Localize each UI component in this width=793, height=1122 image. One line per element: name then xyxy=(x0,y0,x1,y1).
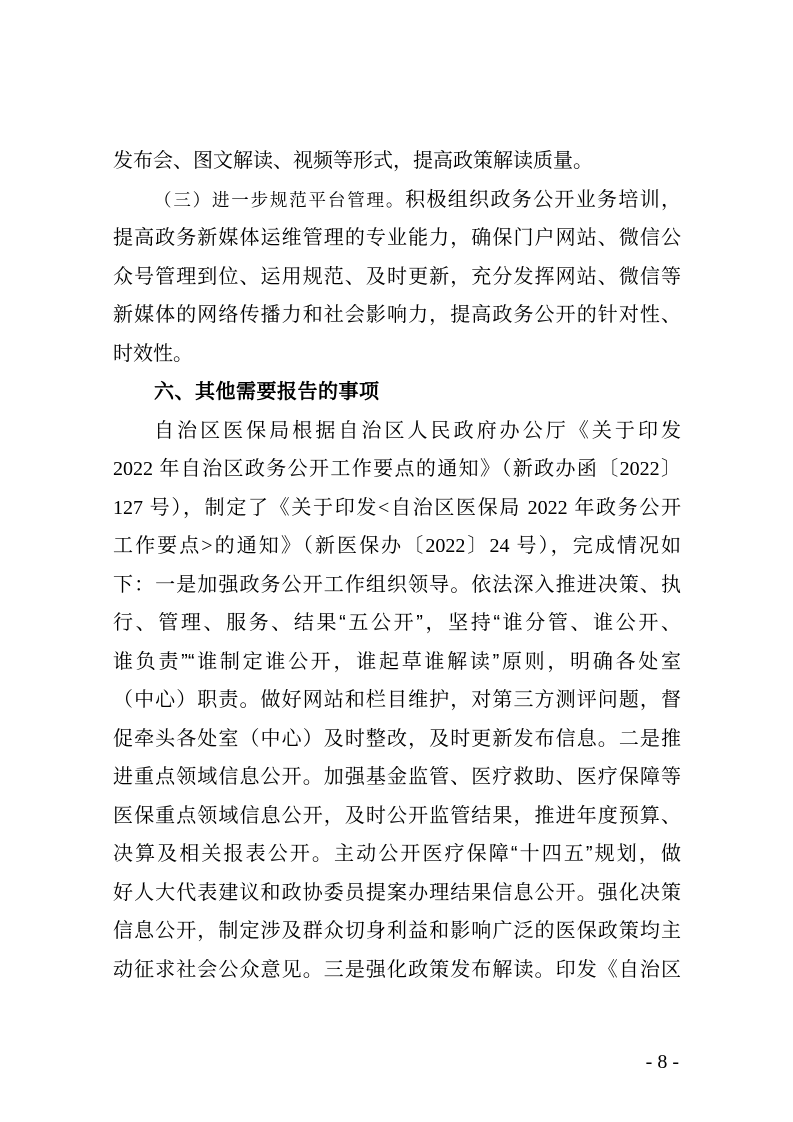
text-line: 进重点领域信息公开。加强基金监管、医疗救助、医疗保障等 xyxy=(113,758,681,797)
body-text: 积极组织政务公开业务培训， xyxy=(405,189,681,211)
text-line: 提高政务新媒体运维管理的专业能力，确保门户网站、微信公 xyxy=(113,219,681,258)
text-line: 时效性。 xyxy=(113,335,681,374)
latin-text: < xyxy=(378,497,389,519)
latin-text: 2022 xyxy=(425,535,465,557)
body-text: 新媒体的网络传播力和社会影响力，提高政务公开的针对性、 xyxy=(113,304,681,326)
body-text: 127 号），制定了《关于印发<自治区医保局 2022 年政务公开 xyxy=(113,497,681,519)
text-line: 2022 年自治区政务公开工作要点的通知》（新政办函〔2022〕 xyxy=(113,450,681,489)
body-text: 提高政务新媒体运维管理的专业能力，确保门户网站、微信公 xyxy=(113,227,681,249)
body-text: 决算及相关报表公开。主动公开医疗保障“十四五”规划，做 xyxy=(113,843,681,865)
body-text: 发布会、图文解读、视频等形式，提高政策解读质量。 xyxy=(113,150,593,172)
body-text: 下：一是加强政务公开工作组织领导。依法深入推进决策、执 xyxy=(113,574,681,596)
latin-text: 2022 xyxy=(620,458,660,480)
text-line: （中心）职责。做好网站和栏目维护，对第三方测评问题，督 xyxy=(113,681,681,720)
text-line: 行、管理、服务、结果“五公开”，坚持“谁分管、谁公开、 xyxy=(113,604,681,643)
body-text: 医保重点领域信息公开，及时公开监管结果，推进年度预算、 xyxy=(113,805,681,827)
latin-text: 127 xyxy=(113,497,150,519)
document-page: 发布会、图文解读、视频等形式，提高政策解读质量。（三）进一步规范平台管理。积极组… xyxy=(0,0,793,1122)
text-line: 信息公开，制定涉及群众切身利益和影响广泛的医保政策均主 xyxy=(113,912,681,951)
page-number: - 8 - xyxy=(113,1049,681,1075)
body-text: 众号管理到位、运用规范、及时更新，充分发挥网站、微信等 xyxy=(113,266,681,288)
body-text: 进重点领域信息公开。加强基金监管、医疗救助、医疗保障等 xyxy=(113,766,681,788)
body-text: 自治区医保局根据自治区人民政府办公厅《关于印发 xyxy=(154,420,681,442)
text-line: 发布会、图文解读、视频等形式，提高政策解读质量。 xyxy=(113,142,681,181)
text-line: 决算及相关报表公开。主动公开医疗保障“十四五”规划，做 xyxy=(113,835,681,874)
text-line: 下：一是加强政务公开工作组织领导。依法深入推进决策、执 xyxy=(113,566,681,605)
body-text: 好人大代表建议和政协委员提案办理结果信息公开。强化决策 xyxy=(113,882,681,904)
text-line: 好人大代表建议和政协委员提案办理结果信息公开。强化决策 xyxy=(113,874,681,913)
text-line: 促牵头各处室（中心）及时整改，及时更新发布信息。二是推 xyxy=(113,720,681,759)
text-line: 医保重点领域信息公开，及时公开监管结果，推进年度预算、 xyxy=(113,797,681,836)
text-line: 127 号），制定了《关于印发<自治区医保局 2022 年政务公开 xyxy=(113,489,681,528)
text-line: 工作要点>的通知》（新医保办〔2022〕24 号），完成情况如 xyxy=(113,527,681,566)
latin-text: 2022 xyxy=(521,497,574,519)
kai-emphasis-text: （三）进一步规范平台管理。 xyxy=(154,190,405,210)
text-line: 动征求社会公众意见。三是强化政策发布解读。印发《自治区 xyxy=(113,951,681,990)
section-heading: 六、其他需要报告的事项 xyxy=(113,373,681,412)
body-text: 谁负责”“谁制定谁公开，谁起草谁解读”原则，明确各处室 xyxy=(113,651,681,673)
latin-text: 2022 xyxy=(113,458,159,480)
text-line: （三）进一步规范平台管理。积极组织政务公开业务培训， xyxy=(113,181,681,220)
latin-text: 24 xyxy=(489,535,516,557)
text-line: 新媒体的网络传播力和社会影响力，提高政务公开的针对性、 xyxy=(113,296,681,335)
text-block: 发布会、图文解读、视频等形式，提高政策解读质量。（三）进一步规范平台管理。积极组… xyxy=(113,142,681,1075)
body-text: 工作要点>的通知》（新医保办〔2022〕24 号），完成情况如 xyxy=(113,535,681,557)
text-line: 谁负责”“谁制定谁公开，谁起草谁解读”原则，明确各处室 xyxy=(113,643,681,682)
body-text: 六、其他需要报告的事项 xyxy=(154,381,380,403)
body-text: 时效性。 xyxy=(113,343,193,365)
body-text: 动征求社会公众意见。三是强化政策发布解读。印发《自治区 xyxy=(113,959,681,981)
text-line: 自治区医保局根据自治区人民政府办公厅《关于印发 xyxy=(113,412,681,451)
body-text: 信息公开，制定涉及群众切身利益和影响广泛的医保政策均主 xyxy=(113,920,681,942)
body-text: 2022 年自治区政务公开工作要点的通知》（新政办函〔2022〕 xyxy=(113,458,681,480)
body-text: 促牵头各处室（中心）及时整改，及时更新发布信息。二是推 xyxy=(113,728,681,750)
body-text: （中心）职责。做好网站和栏目维护，对第三方测评问题，督 xyxy=(113,689,681,711)
text-line: 众号管理到位、运用规范、及时更新，充分发挥网站、微信等 xyxy=(113,258,681,297)
body-text: 行、管理、服务、结果“五公开”，坚持“谁分管、谁公开、 xyxy=(113,612,681,634)
latin-text: > xyxy=(201,535,212,557)
